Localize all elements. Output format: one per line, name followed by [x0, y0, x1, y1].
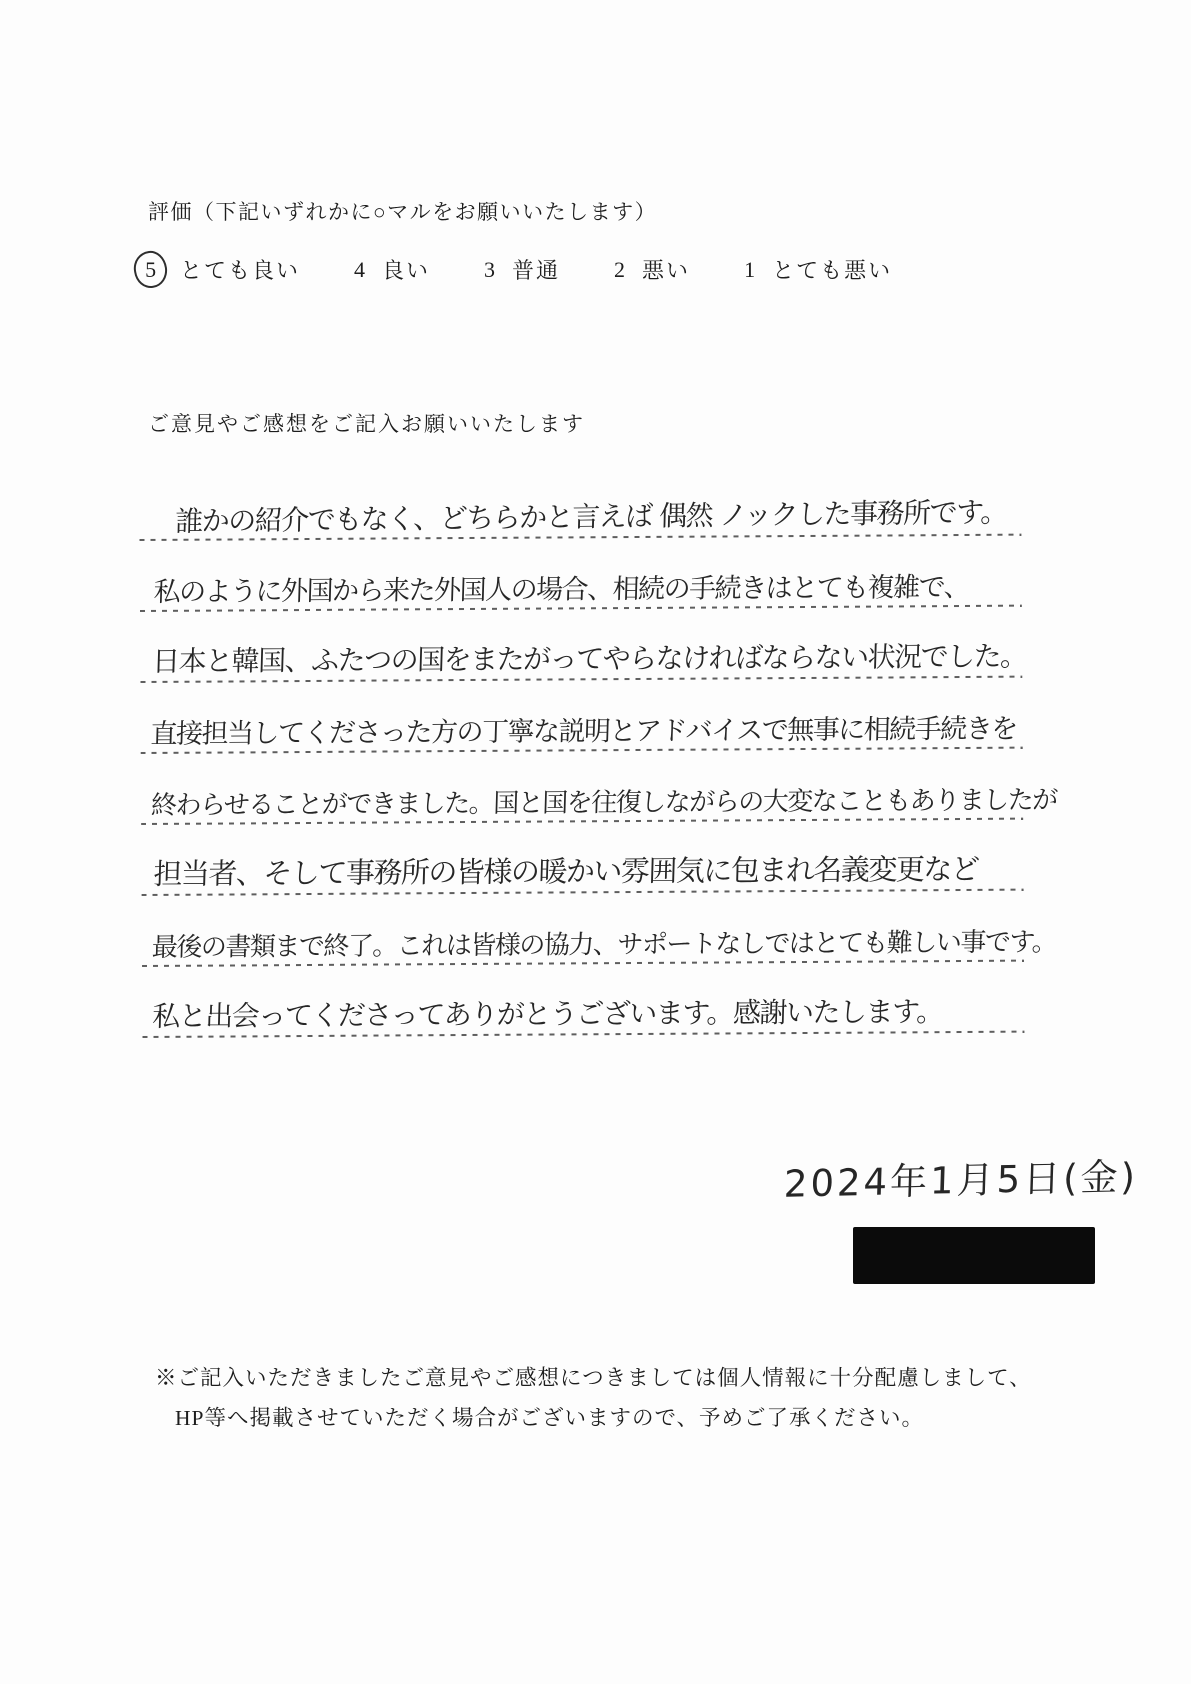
handwritten-text: 直接担当してくださった方の丁寧な説明とアドバイスで無事に相続手続きを	[150, 707, 1017, 751]
rating-option-label: とても悪い	[772, 254, 892, 285]
footer-privacy-note: ※ご記入いただきましたご意見やご感想につきましては個人情報に十分配慮しまして、 …	[155, 1358, 1032, 1438]
footer-note-line1: ※ご記入いただきましたご意見やご感想につきましては個人情報に十分配慮しまして、	[155, 1358, 1032, 1398]
handwritten-text: 終わらせることができました。国と国を往復しながらの大変なこともありましたが	[151, 779, 1058, 822]
handwritten-text: 私と出会ってくださってありがとうございます。感謝いたします。	[152, 990, 944, 1035]
handwritten-text: 最後の書類まで終了。これは皆様の協力、サポートなしではとても難しい事です。	[151, 921, 1056, 964]
rating-option-label: 普通	[512, 254, 560, 285]
comment-line: 担当者、そして事務所の皆様の暖かい雰囲気に包まれ名義変更など	[145, 820, 1019, 896]
rating-value: 4	[354, 257, 365, 283]
rating-value: 5	[145, 257, 156, 283]
rating-option-label: 悪い	[642, 254, 690, 285]
handwritten-circle-mark: 5	[132, 249, 170, 290]
comment-line: 私と出会ってくださってありがとうございます。感謝いたします。	[146, 962, 1020, 1038]
comment-line: 直接担当してくださった方の丁寧な説明とアドバイスで無事に相続手続きを	[144, 678, 1018, 754]
rating-option-label: 良い	[382, 254, 430, 285]
handwritten-comments-area: 誰かの紹介でもなく、どちらかと言えば 偶然 ノックした事務所です。 私のように外…	[143, 465, 1020, 1038]
comment-line: 最後の書類まで終了。これは皆様の協力、サポートなしではとても難しい事です。	[146, 891, 1020, 967]
comment-line: 日本と韓国、ふたつの国をまたがってやらなければならない状況でした。	[144, 607, 1018, 683]
comment-line: 終わらせることができました。国と国を往復しながらの大変なこともありましたが	[145, 749, 1019, 825]
handwritten-date: 2024年1月5日(金)	[783, 1146, 1139, 1207]
rating-value: 1	[744, 257, 755, 283]
rating-option-3: 3 普通	[484, 254, 560, 285]
comment-line: 誰かの紹介でもなく、どちらかと言えば 偶然 ノックした事務所です。	[143, 465, 1017, 541]
comments-section-label: ご意見やご感想をご記入お願いいたします	[148, 408, 585, 438]
rating-option-5: 5 とても良い	[134, 251, 300, 288]
rating-value: 2	[614, 257, 625, 283]
handwritten-text: 誰かの紹介でもなく、どちらかと言えば 偶然 ノックした事務所です。	[175, 491, 1008, 540]
rating-option-label: とても良い	[180, 254, 300, 285]
rating-option-1: 1 とても悪い	[744, 254, 892, 285]
rating-option-4: 4 良い	[354, 254, 430, 285]
rating-option-2: 2 悪い	[614, 254, 690, 285]
rating-value: 3	[484, 257, 495, 283]
redaction-box	[853, 1227, 1095, 1284]
rating-section-label: 評価（下記いずれかに○マルをお願いいたします）	[148, 196, 657, 226]
comment-line: 私のように外国から来た外国人の場合、相続の手続きはとても複雑で、	[143, 536, 1017, 612]
rating-scale: 5 とても良い 4 良い 3 普通 2 悪い 1 とても悪い	[134, 251, 892, 288]
handwritten-text: 日本と韓国、ふたつの国をまたがってやらなければならない状況でした。	[152, 635, 1028, 680]
footer-note-line2: HP等へ掲載させていただく場合がございますので、予めご了承ください。	[155, 1398, 1032, 1438]
handwritten-text: 私のように外国から来た外国人の場合、相続の手続きはとても複雑で、	[153, 565, 970, 609]
scanned-feedback-form: 評価（下記いずれかに○マルをお願いいたします） 5 とても良い 4 良い 3 普…	[0, 0, 1191, 1684]
handwritten-text: 担当者、そして事務所の皆様の暖かい雰囲気に包まれ名義変更など	[153, 847, 979, 893]
